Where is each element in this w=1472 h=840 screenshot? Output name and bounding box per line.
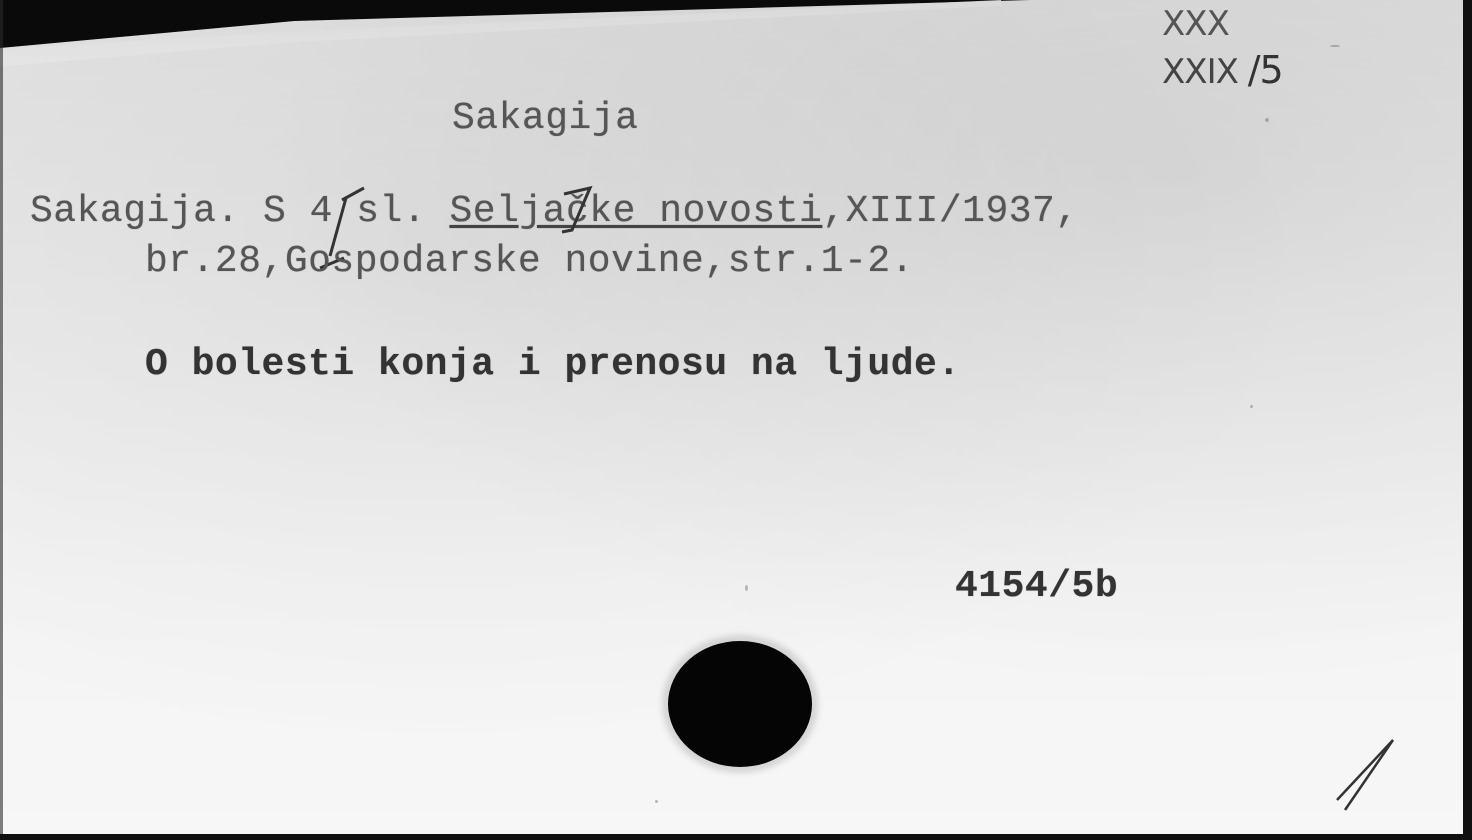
hole-punch [668,641,812,767]
paper-speck [1330,45,1340,47]
citation-author: Sakagija. S 4 sl. [30,190,449,233]
classification-roman: XXIX [1162,52,1238,92]
citation-line-1: Sakagija. S 4 sl. Seljačke novosti,XIII/… [30,190,1079,233]
classification-line-1: XXX [1162,4,1229,44]
paper-speck [745,585,748,591]
classification-number: /5 [1248,48,1283,92]
card-description: O bolesti konja i prenosu na ljude. [145,343,961,386]
catalog-card: XXX XXIX /5 Sakagija Sakagija. S 4 sl. S… [0,0,1472,840]
scan-border-right [1463,0,1472,840]
citation-line-2: br.28,Gospodarske novine,str.1-2. [145,240,914,283]
paper-speck [655,800,658,803]
scan-border-bottom [0,834,1472,840]
paper-speck [1265,118,1269,122]
handwritten-slash-mark-icon [1335,738,1415,813]
call-number: 4154/5b [955,565,1118,608]
classification-line-2: XXIX /5 [1162,48,1283,92]
card-heading: Sakagija [452,97,638,140]
citation-source-title: Seljačke novosti [449,190,822,233]
handwritten-bracket-close-icon [560,186,600,246]
citation-volume: ,XIII/1937, [822,190,1078,233]
scan-border-left [0,0,3,840]
paper-speck [1250,405,1253,408]
